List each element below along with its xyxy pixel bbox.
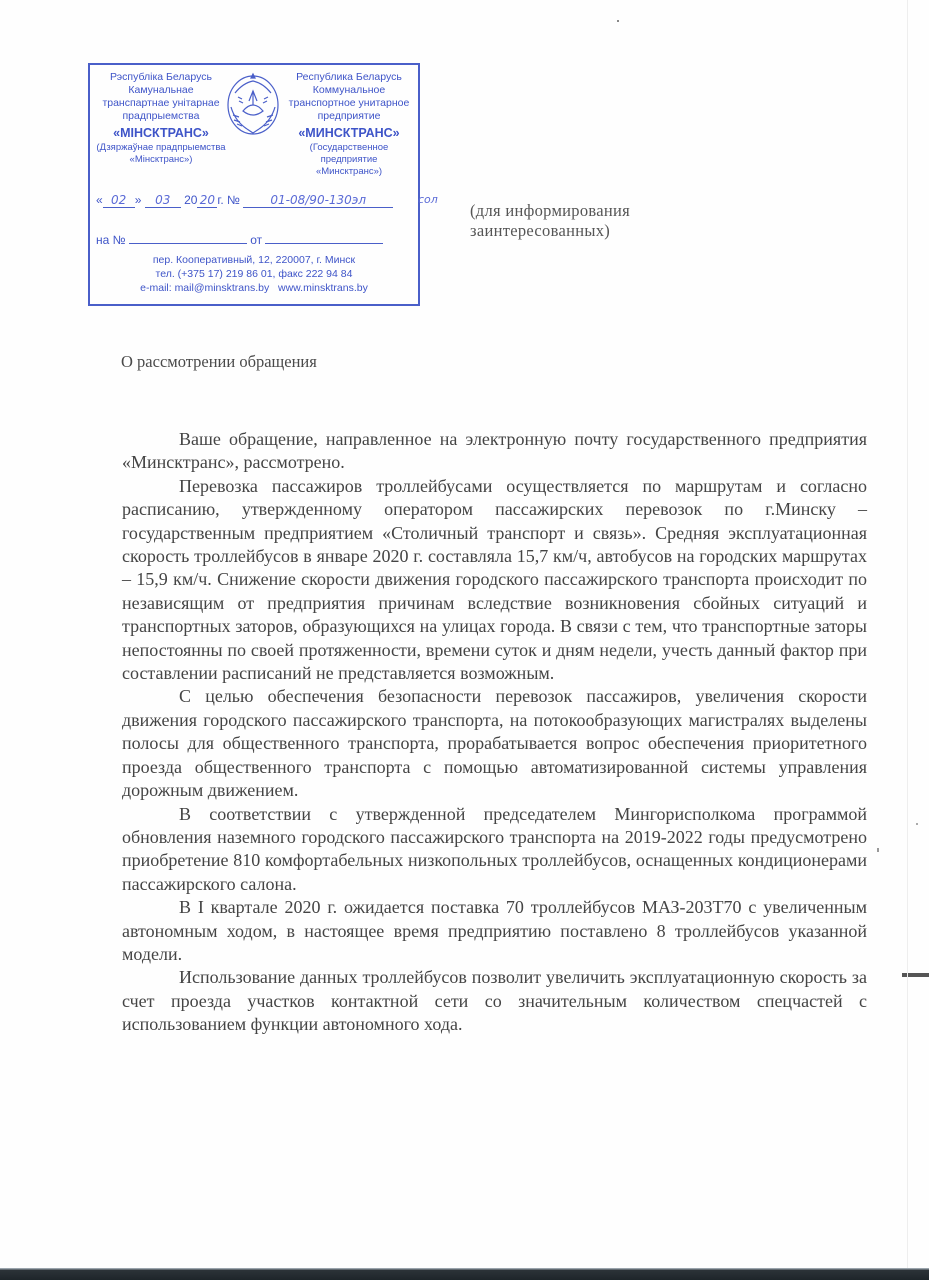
stamp-org-name: «МИНСКТРАНС»	[284, 125, 414, 142]
stamp-contact-block: пер. Кооперативный, 12, 220007, г. Минск…	[90, 253, 418, 295]
body-paragraph: Перевозка пассажиров троллейбусами осуще…	[122, 475, 867, 686]
ref-number-label: на №	[96, 233, 126, 247]
recipient-block: (для информирования заинтересованных)	[470, 201, 710, 241]
stamp-russian-column: Республика Беларусь Коммунальное транспо…	[284, 71, 414, 178]
stamp-line: Коммунальное	[284, 84, 414, 97]
body-paragraph: Использование данных троллейбусов позвол…	[122, 966, 867, 1036]
letter-subject: О рассмотрении обращения	[121, 352, 317, 372]
stamp-email-web: e-mail: mail@minsktrans.by www.minsktran…	[90, 281, 418, 295]
page-edge	[907, 0, 908, 1268]
stamp-line: Камунальнае	[96, 84, 226, 97]
reference-line: на № от	[96, 233, 416, 247]
stamp-sub-line: «Мінсктранс»)	[96, 154, 226, 166]
body-paragraph: В соответствии с утвержденной председате…	[122, 803, 867, 897]
stamp-line: транспортное унитарное	[284, 97, 414, 110]
stamp-line: транспартнае унітарнае	[96, 97, 226, 110]
date-day: 02	[103, 193, 135, 208]
stamp-sub-line: (Дзяржаўнае прадпрыемства	[96, 142, 226, 154]
year-suffix: 20	[197, 193, 217, 208]
stamp-belarusian-column: Рэспубліка Беларусь Камунальнае транспар…	[96, 71, 226, 166]
outgoing-date-number-line: «02» 03 2020г. № 01-08/90-130эл	[96, 193, 446, 217]
recipient-line: (для информирования	[470, 201, 710, 221]
letter-body: Ваше обращение, направленное на электрон…	[122, 428, 867, 1037]
quote-close: »	[135, 193, 142, 207]
stamp-line: прадпрыемства	[96, 110, 226, 123]
scan-speck	[617, 20, 619, 22]
scanner-bottom-edge	[0, 1268, 929, 1280]
body-paragraph: С целью обеспечения безопасности перевоз…	[122, 685, 867, 802]
handwritten-tail: сол	[418, 193, 438, 206]
stamp-address: пер. Кооперативный, 12, 220007, г. Минск	[90, 253, 418, 267]
number-label: №	[227, 193, 240, 207]
stamp-phone: тел. (+375 17) 219 86 01, факс 222 94 84	[90, 267, 418, 281]
scan-speck	[877, 848, 879, 852]
scan-speck	[916, 823, 918, 825]
year-dot: г.	[217, 193, 223, 207]
ref-number-blank	[129, 243, 247, 244]
body-paragraph: В I квартале 2020 г. ожидается поставка …	[122, 896, 867, 966]
stamp-sub-line: (Государственное предприятие	[284, 142, 414, 166]
letterhead-stamp: Рэспубліка Беларусь Камунальнае транспар…	[88, 63, 420, 306]
stamp-line: Рэспубліка Беларусь	[96, 71, 226, 84]
scanned-letter-page: Рэспубліка Беларусь Камунальнае транспар…	[0, 0, 929, 1280]
quote-open: «	[96, 193, 103, 207]
stamp-org-name: «МІНСКТРАНС»	[96, 125, 226, 142]
outgoing-number: 01-08/90-130эл	[243, 193, 393, 208]
year-prefix: 20	[184, 193, 197, 207]
stamp-line: Республика Беларусь	[284, 71, 414, 84]
ref-from-label: от	[250, 233, 262, 247]
belarus-coat-of-arms-icon	[225, 71, 281, 137]
body-paragraph: Ваше обращение, направленное на электрон…	[122, 428, 867, 475]
ref-date-blank	[265, 243, 383, 244]
date-month: 03	[145, 193, 181, 208]
recipient-line: заинтересованных)	[470, 221, 710, 241]
stamp-line: предприятие	[284, 110, 414, 123]
stamp-sub-line: «Минсктранс»)	[284, 166, 414, 178]
